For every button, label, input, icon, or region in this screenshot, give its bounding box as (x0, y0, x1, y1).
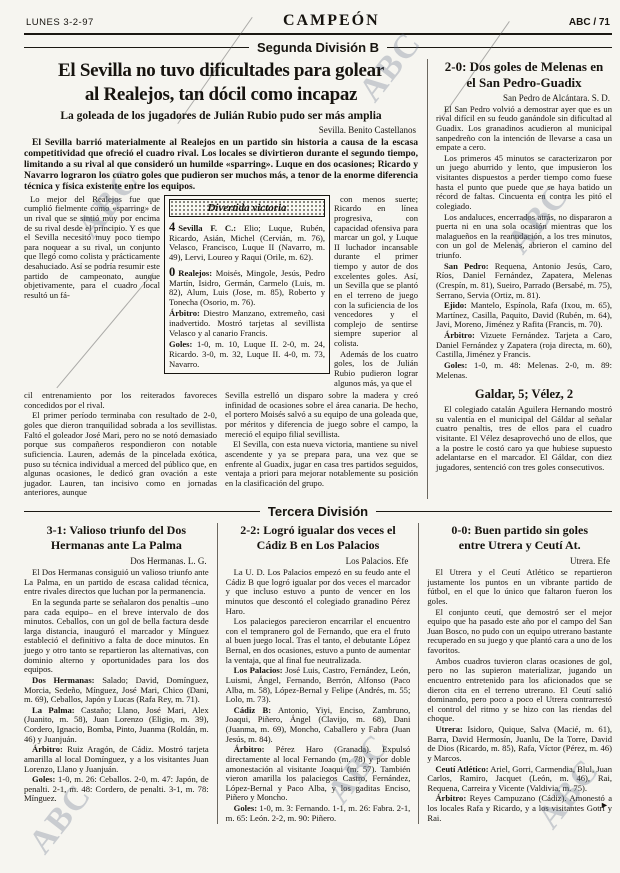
bottom-right-column: Sevilla estrelló un disparo sobre la mad… (225, 391, 418, 499)
referee-label: Árbitro: (169, 308, 200, 318)
main-dateline: Sevilla. Benito Castellanos (24, 125, 416, 135)
tercera-article-utrera: 0-0: Buen partido sin goles entre Utrera… (418, 523, 612, 824)
paragraph-label: Árbitro: (444, 330, 475, 340)
headline-line2: entre Utrera y Ceutí At. (427, 538, 612, 553)
paragraph-label: Goles: (234, 803, 257, 813)
goals-label: Goles: (169, 339, 192, 349)
paragraph-label: Árbitro: (435, 793, 466, 803)
goals-text: 1-0, m. 10, Luque II. 2-0, m. 24, Ricard… (169, 339, 325, 368)
paragraph-text: Los palaciegos parecieron encarrilar el … (226, 616, 411, 665)
match-sheet-box: Divertida victoria 4Sevilla F. C.: Elio;… (164, 195, 330, 375)
paragraph-text: El Dos Hermanas consiguió un valioso tri… (24, 567, 209, 596)
referee-line: Árbitro: Diestro Manzano, extremeño, cas… (169, 309, 325, 338)
dateline: Dos Hermanas. L. G. (24, 556, 207, 566)
referee-line: Árbitro: Pérez Haro (Granada). Expulsó d… (226, 745, 411, 803)
goals-line: Goles: 1-0, m. 10, Luque II. 2-0, m. 24,… (169, 340, 325, 369)
tercera-article-dos-hermanas: 3-1: Valioso triunfo del Dos Hermanas an… (24, 523, 209, 824)
paragraph: con menos suerte; Ricardo en línea progr… (334, 195, 418, 349)
lead-paragraph: El Sevilla barrió materialmente al Reale… (24, 137, 418, 192)
home-lineup: Dos Hermanas: Salado; David, Domínguez, … (24, 676, 209, 705)
home-lineup: Utrera: Isidoro, Quique, Salva (Macié, m… (427, 725, 612, 764)
bottom-left-column: cil entrenamiento por los reiterados fav… (24, 391, 217, 499)
newspaper-page: ABC ABC ABC ABC ABC ABC ► LUNES 3-2-97 C… (0, 0, 620, 873)
paragraph-label: Goles: (444, 360, 467, 370)
mid-band: Lo mejor del Realejos fue que cumplió fi… (24, 195, 418, 390)
left-text-column: Lo mejor del Realejos fue que cumplió fi… (24, 195, 160, 390)
away-lineup: Ejido: Mantelo, Espínola, Rafa (Ixou, m.… (436, 301, 612, 330)
edition-date: LUNES 3-2-97 (26, 17, 94, 28)
main-headline-line2: al Realejos, tan dócil como incapaz (24, 83, 418, 107)
paragraph-text: Ambos cuadros tuvieron claras ocasiones … (427, 656, 612, 724)
paragraph-text: Pérez Haro (Granada). Expulsó directamen… (226, 744, 411, 802)
dateline: Los Palacios. Efe (226, 556, 409, 566)
referee-line: Árbitro: Reyes Campuzano (Cádiz). Amones… (427, 794, 612, 823)
paragraph-text: El San Pedro volvió a demostrar ayer que… (436, 104, 612, 153)
paragraph-label: La Palma: (32, 705, 75, 715)
paragraph: El Utrera y el Ceutí Atlético se reparti… (427, 568, 612, 607)
paragraph: Lo mejor del Realejos fue que cumplió fi… (24, 195, 160, 301)
home-lineup: San Pedro: Requena, Antonio Jesús, Caro,… (436, 262, 612, 301)
away-lineup: Ceutí Atlético: Ariel, Gorri, Carmendia,… (427, 765, 612, 794)
page-header: LUNES 3-2-97 CAMPEÓN ABC / 71 (24, 12, 612, 35)
paragraph-label: Dos Hermanas: (32, 675, 95, 685)
home-lineup: 4Sevilla F. C.: Elio; Luque, Rubén, Rica… (169, 220, 325, 263)
headline-line1: 2-2: Logró igualar dos veces el (226, 523, 411, 538)
match-sheet-title: Divertida victoria (169, 199, 325, 217)
paragraph-text: En la segunda parte se señalaron dos pen… (24, 597, 209, 674)
paragraph: El San Pedro volvió a demostrar ayer que… (436, 105, 612, 153)
san-pedro-article: 2-0: Dos goles de Melenas en el San Pedr… (427, 59, 612, 499)
paragraph-label: Ceutí Atlético: (435, 764, 488, 774)
headline-line2: Hermanas ante La Palma (24, 538, 209, 553)
referee-line: Árbitro: Vizuete Fernández. Tarjeta a Ca… (436, 331, 612, 360)
paragraph-label: Los Palacios: (234, 665, 283, 675)
away-team-label: Realejos: (178, 268, 212, 278)
main-article: El Sevilla no tuvo dificultades para gol… (24, 59, 418, 499)
goals-line: Goles: 1-0, m. 48: Melenas. 2-0, m. 89: … (436, 361, 612, 380)
goals-line: Goles: 1-0, m. 26: Ceballos. 2-0, m. 47:… (24, 775, 209, 804)
main-headline-line1: El Sevilla no tuvo dificultades para gol… (24, 59, 418, 83)
right-text-column: con menos suerte; Ricardo en línea progr… (334, 195, 418, 390)
paragraph: En la segunda parte se señalaron dos pen… (24, 598, 209, 675)
tercera-division-divider: Tercera División (24, 504, 612, 519)
home-team-label: Sevilla F. C.: (178, 223, 236, 233)
referee-line: Árbitro: Ruiz Aragón, de Cádiz. Mostró t… (24, 745, 209, 774)
segunda-division-divider: Segunda División B (24, 40, 612, 55)
paragraph-text: La U. D. Los Palacios empezó en su feudo… (226, 567, 411, 616)
segunda-division-label: Segunda División B (257, 40, 379, 55)
paragraph: El primer período terminaba con resultad… (24, 411, 217, 498)
paragraph-label: Ejido: (444, 300, 467, 310)
away-score: 0 (169, 265, 175, 279)
paragraph: Ambos cuadros tuvieron claras ocasiones … (427, 657, 612, 724)
paragraph: Sevilla estrelló un disparo sobre la mad… (225, 391, 418, 439)
paragraph: El Dos Hermanas consiguió un valioso tri… (24, 568, 209, 597)
home-lineup: Los Palacios: José Luis, Castro, Fernánd… (226, 666, 411, 705)
headline-line2: Cádiz B en Los Palacios (226, 538, 411, 553)
paragraph-text: Los primeros 45 minutos se caracterizaro… (436, 153, 612, 211)
paragraph-text: El Utrera y el Ceutí Atlético se reparti… (427, 567, 612, 606)
page-number: ABC / 71 (569, 17, 610, 28)
away-lineup: 0Realejos: Moisés, Mingole, Jesús, Pedro… (169, 265, 325, 308)
paragraph-label: Árbitro: (234, 744, 265, 754)
bottom-band: cil entrenamiento por los reiterados fav… (24, 391, 418, 499)
away-lineup: La Palma: Castaño; Llano, José Mari, Ale… (24, 706, 209, 745)
san-pedro-headline-line1: 2-0: Dos goles de Melenas en (436, 59, 612, 75)
section-masthead: CAMPEÓN (283, 12, 380, 30)
continuation-arrow-icon: ► (600, 800, 609, 810)
paragraph-text: El conjunto ceutí, que demostró ser el m… (427, 607, 612, 656)
paragraph-label: Goles: (32, 774, 55, 784)
paragraph-label: Utrera: (435, 724, 463, 734)
paragraph: Además de los cuatro goles, los de Juliá… (334, 350, 418, 389)
paragraph: Los palaciegos parecieron encarrilar el … (226, 617, 411, 665)
san-pedro-dateline: San Pedro de Alcántara. S. D. (436, 93, 610, 103)
paragraph-text: Los andaluces, encerrados atrás, no disp… (436, 212, 612, 261)
dateline: Utrera. Efe (427, 556, 610, 566)
home-score: 4 (169, 220, 175, 234)
galdar-headline: Galdar, 5; Vélez, 2 (436, 387, 612, 402)
headline-line1: 3-1: Valioso triunfo del Dos (24, 523, 209, 538)
tercera-article-cadiz-b: 2-2: Logró igualar dos veces el Cádiz B … (217, 523, 411, 824)
paragraph: cil entrenamiento por los reiterados fav… (24, 391, 217, 410)
paragraph: La U. D. Los Palacios empezó en su feudo… (226, 568, 411, 616)
paragraph-label: Árbitro: (32, 744, 63, 754)
paragraph: Los primeros 45 minutos se caracterizaro… (436, 154, 612, 212)
goals-line: Goles: 1-0, m. 3: Fernando. 1-1, m. 26: … (226, 804, 411, 823)
headline-line1: 0-0: Buen partido sin goles (427, 523, 612, 538)
tercera-division-label: Tercera División (268, 504, 368, 519)
san-pedro-headline-line2: el San Pedro-Guadix (436, 75, 612, 91)
away-lineup: Cádiz B: Antonio, Yiyi, Enciso, Zambruno… (226, 706, 411, 745)
main-subheadline: La goleada de los jugadores de Julián Ru… (24, 110, 418, 122)
paragraph-label: San Pedro: (444, 261, 489, 271)
paragraph: El conjunto ceutí, que demostró ser el m… (427, 608, 612, 656)
paragraph: El Sevilla, con esta nueva victoria, man… (225, 440, 418, 488)
paragraph-label: Cádiz B: (234, 705, 271, 715)
paragraph: Los andaluces, encerrados atrás, no disp… (436, 213, 612, 261)
paragraph: El colegiado catalán Aguilera Hernando m… (436, 405, 612, 472)
